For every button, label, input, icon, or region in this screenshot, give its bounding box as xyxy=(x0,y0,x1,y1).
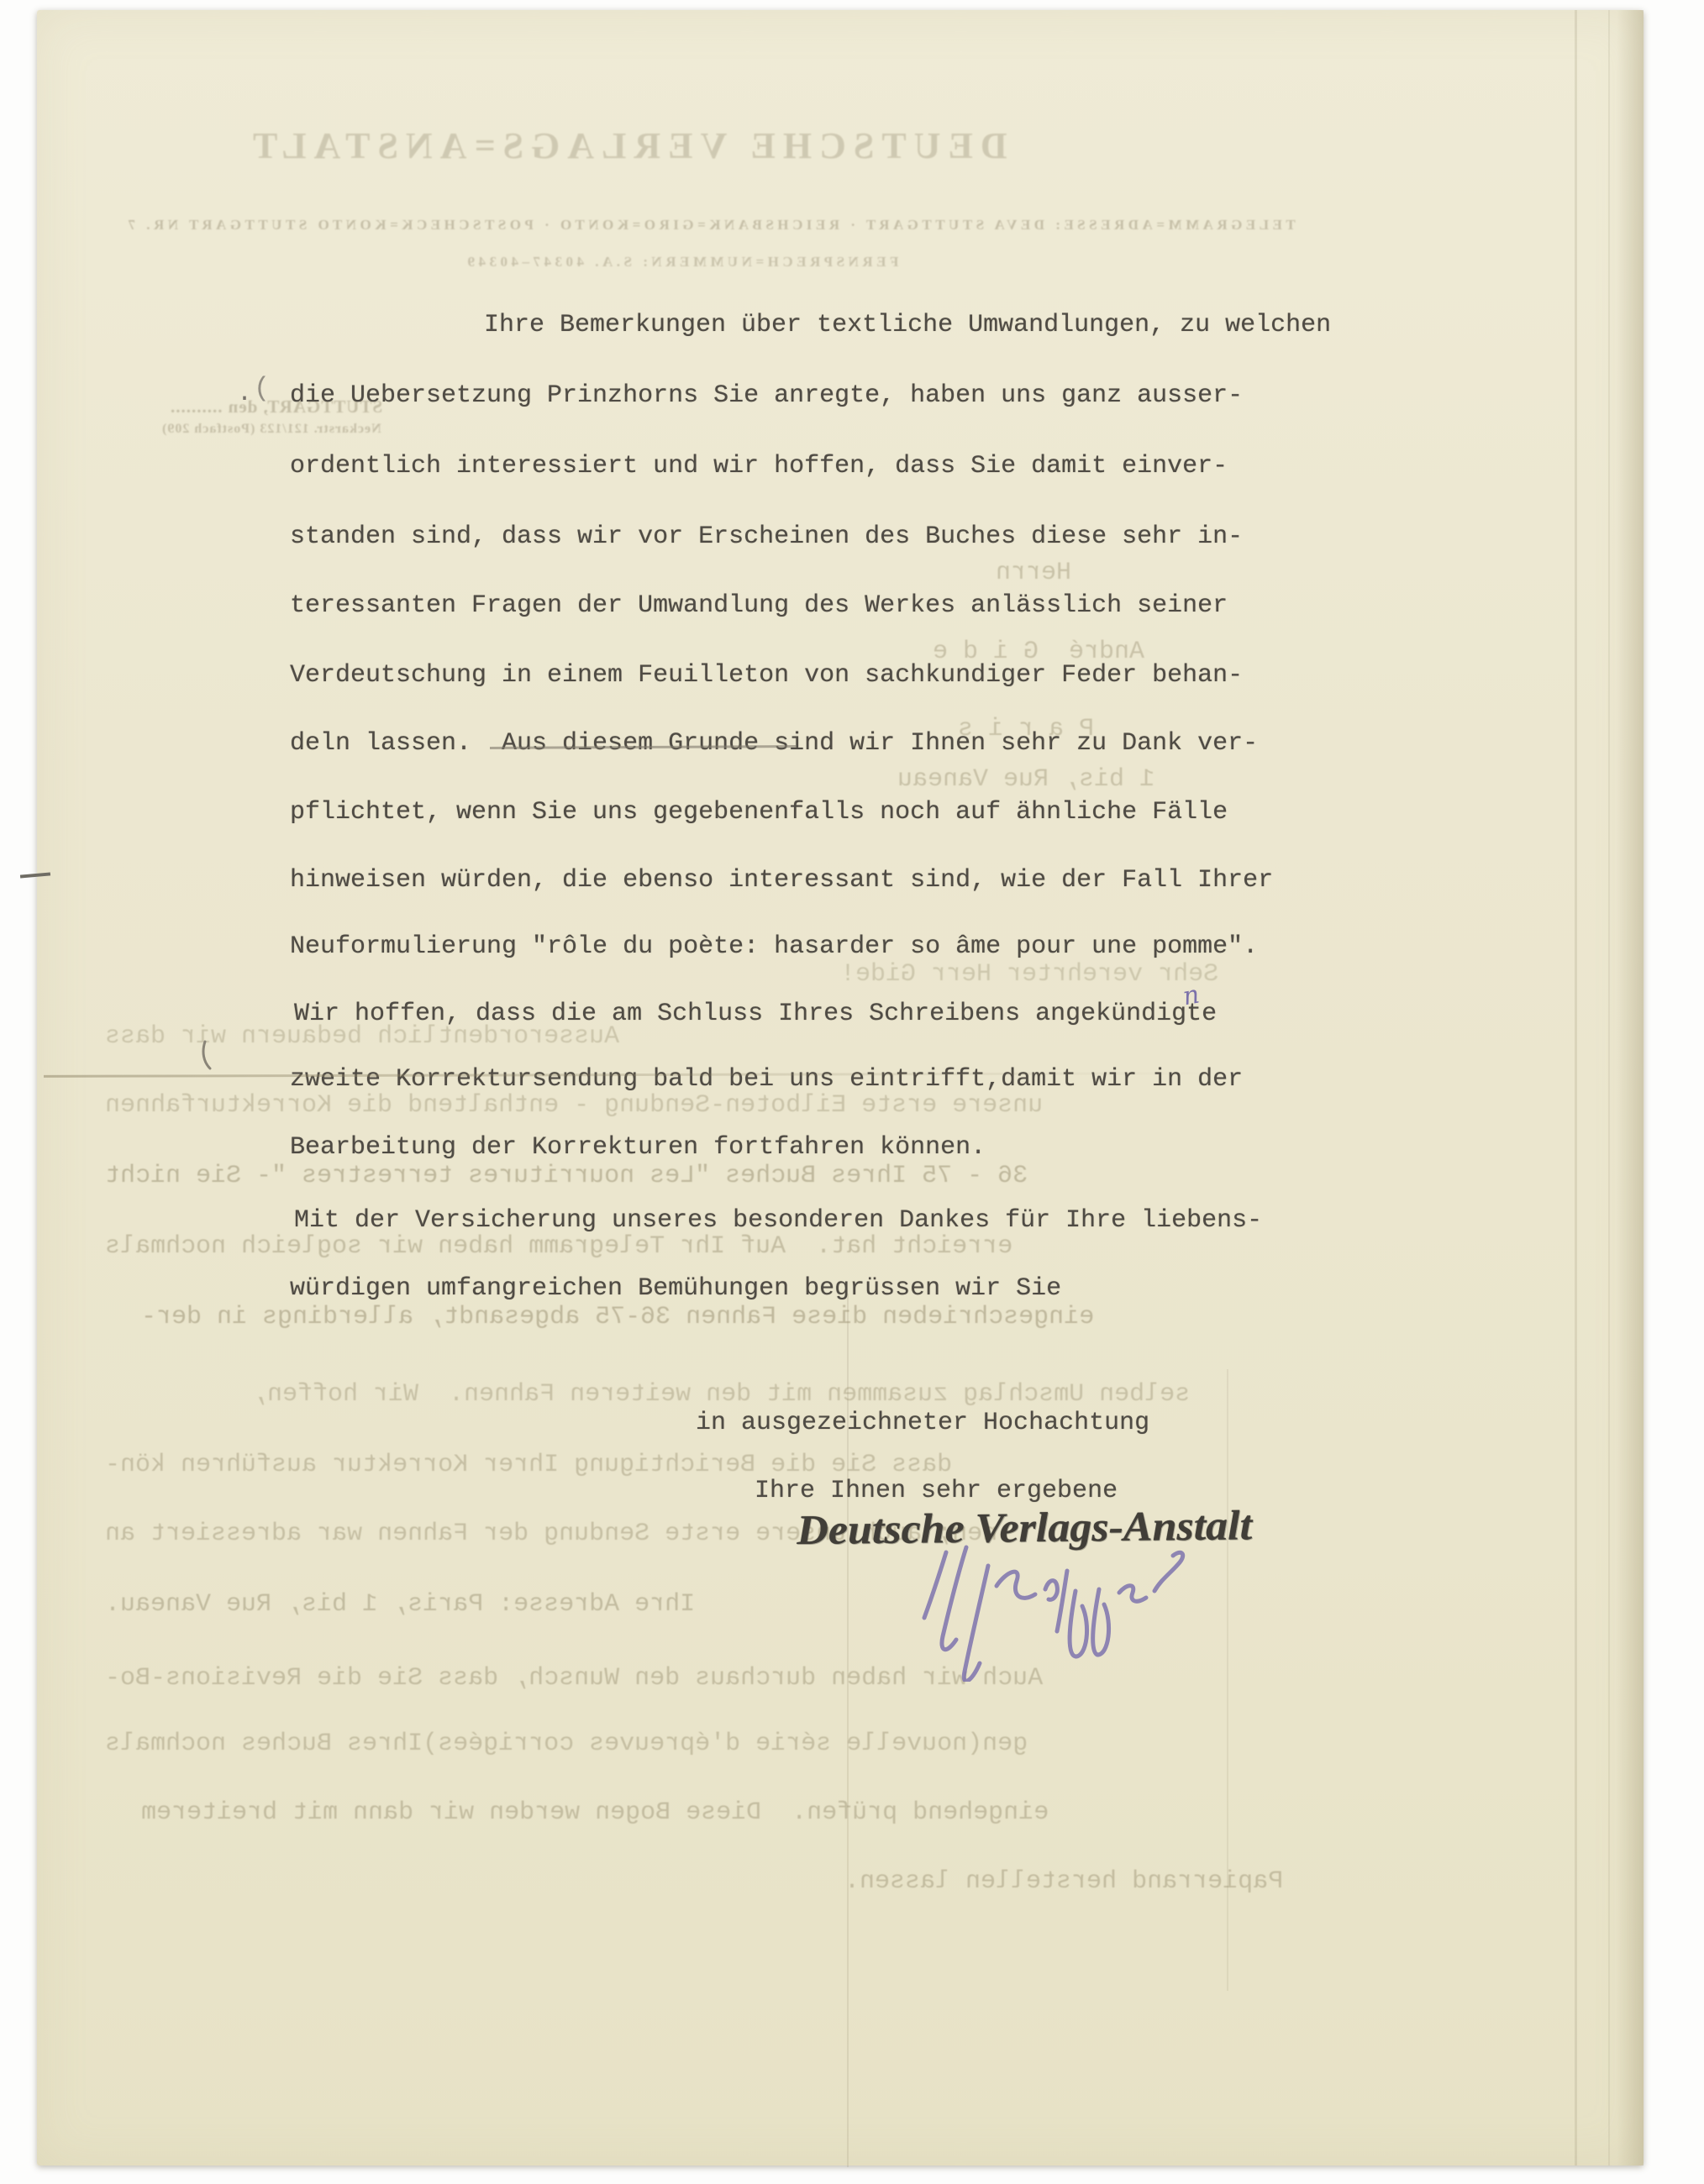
ghost-address-herrn: Herrn xyxy=(996,558,1071,588)
ghost-salutation: Sehr verehrter Herr Gide! xyxy=(840,959,1218,990)
scanned-letter-page: DEUTSCHE VERLAGS=ANSTALT TELEGRAMM=ADRES… xyxy=(0,0,1704,2184)
letter-line: Neuformulierung "rôle du poète: hasarder… xyxy=(290,931,1258,963)
letter-line: Bearbeitung der Korrekturen fortfahren k… xyxy=(290,1131,986,1163)
ghost-body-line: eingeschrieben diese Fahnen 36-75 abgesa… xyxy=(141,1302,1094,1332)
ghost-body-line: selben Umschlag zusammen mit den weitere… xyxy=(252,1379,1190,1410)
letter-line: würdigen umfangreichen Bemühungen begrüs… xyxy=(290,1273,1061,1305)
ghost-address-street: 1 bis, Rue Vaneau xyxy=(897,764,1154,795)
ghost-letterhead-phone-line: FERNSPRECH=NUMMERN: S.A. 40347–40349 xyxy=(464,254,898,270)
letter-line: teressanten Fragen der Umwandlung des We… xyxy=(290,590,1228,622)
ghost-body-line: eingehend prüfen. Diese Bogen werden wir… xyxy=(141,1798,1049,1828)
letter-line: ordentlich interessiert und wir hoffen, … xyxy=(290,450,1228,482)
letter-line: zweite Korrektursendung bald bei uns ein… xyxy=(290,1063,1243,1095)
ghost-letterhead-title: DEUTSCHE VERLAGS=ANSTALT xyxy=(245,124,1007,167)
letter-line: Ihre Bemerkungen über textliche Umwandlu… xyxy=(484,309,1331,341)
stray-dot-mark: . xyxy=(237,380,252,408)
letter-line: standen sind, dass wir vor Erscheinen de… xyxy=(290,521,1243,553)
ghost-body-line: Ihre Adresse: Paris, 1 bis, Rue Vaneau. xyxy=(105,1589,695,1620)
ghost-body-line: 36 - 75 Ihres Buches "Les nourritures te… xyxy=(105,1161,1028,1191)
stray-paren-mark: ( xyxy=(254,373,270,404)
letter-line: Mit der Versicherung unseres besonderen … xyxy=(294,1205,1262,1236)
letter-line: Verdeutschung in einem Feuilleton von sa… xyxy=(290,659,1243,691)
ghost-body-line: Papierrand herstellen lassen. xyxy=(844,1866,1283,1897)
ghost-street-line: Neckarstr. 121/123 (Postfach 209) xyxy=(161,422,381,437)
letter-line: hinweisen würden, die ebenso interessant… xyxy=(290,864,1273,896)
ghost-letterhead-telegram-line: TELEGRAMM=ADRESSE: DEVA STUTTGART · REIC… xyxy=(124,217,1296,234)
letter-line: Wir hoffen, dass die am Schluss Ihres Sc… xyxy=(294,998,1217,1030)
letter-line: deln lassen. Aus diesem Grunde sind wir … xyxy=(290,727,1258,759)
letter-line: pflichtet, wenn Sie uns gegebenenfalls n… xyxy=(290,796,1228,828)
closing-line: in ausgezeichneter Hochachtung xyxy=(696,1407,1149,1439)
letter-line: die Uebersetzung Prinzhorns Sie anregte,… xyxy=(290,380,1243,412)
pencil-tick-mark xyxy=(195,1038,218,1072)
ghost-body-line: gen(nouvelle série d'épreuves corrigées)… xyxy=(105,1729,1028,1759)
signature-scrawl xyxy=(881,1539,1217,1682)
